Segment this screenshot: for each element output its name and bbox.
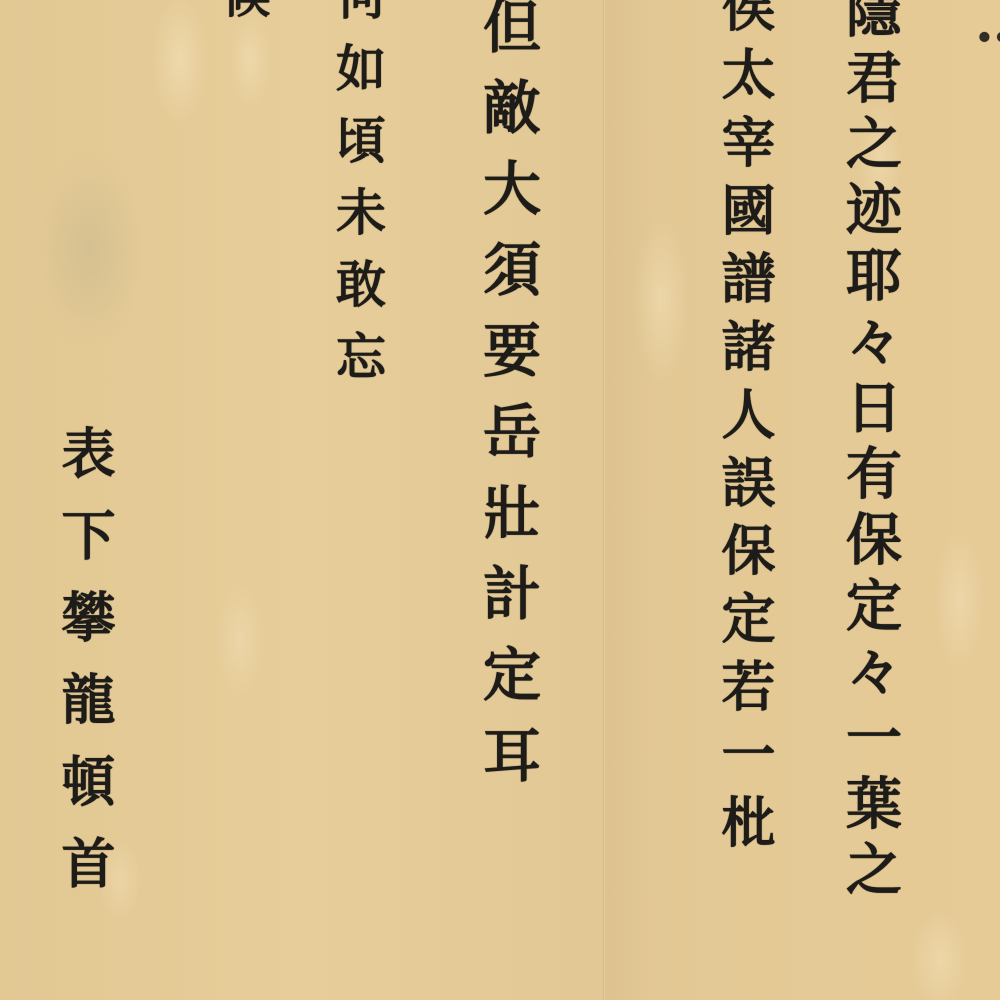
paper-fold-shadow: [605, 0, 665, 1000]
text-column-1: 隱君之迹耶々日有保定々一葉之: [842, 0, 898, 906]
text-column-far-right-cropped: …: [975, 0, 1000, 58]
paper-seam-line: [603, 0, 605, 1000]
text-column-4: 何如頃未敢忘: [332, 0, 382, 402]
signature-column: 表下攀龍頓首: [58, 425, 112, 917]
text-column-5-cropped: 候: [218, 0, 266, 22]
text-column-3: 但敵大須要岳壯計定耳: [478, 0, 536, 806]
text-column-2: 侯太宰國譜諸人誤保定若一枇: [718, 0, 772, 862]
